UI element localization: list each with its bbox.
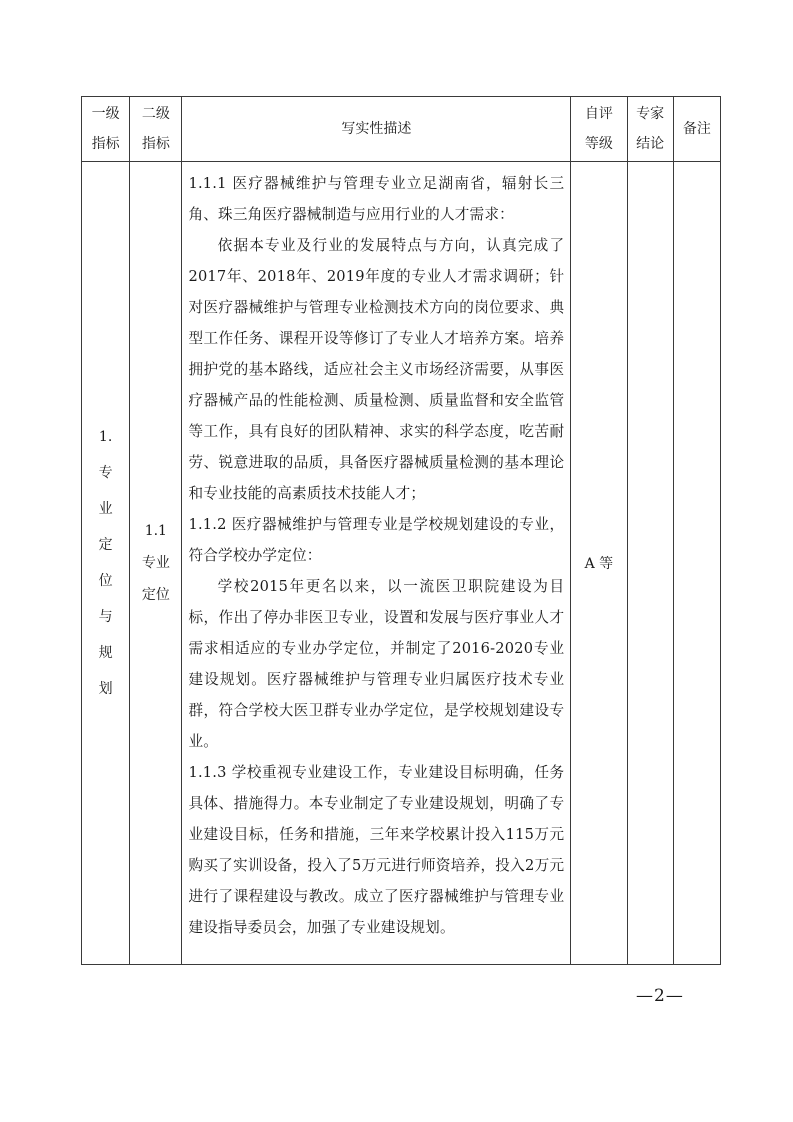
header-remarks: 备注 bbox=[673, 97, 720, 162]
header-text: 一级 bbox=[82, 99, 129, 129]
description-paragraph: 依据本专业及行业的发展特点与方向，认真完成了2017年、2018年、2019年度… bbox=[188, 230, 564, 509]
header-text: 等级 bbox=[571, 129, 626, 159]
description-paragraph: 学校2015年更名以来，以一流医卫职院建设为目标，作出了停办非医卫专业，设置和发… bbox=[188, 571, 564, 757]
self-grade-value: A 等 bbox=[585, 556, 614, 572]
header-text: 指标 bbox=[130, 129, 181, 159]
expert-conclusion-cell bbox=[627, 162, 673, 965]
header-level1-indicator: 一级 指标 bbox=[82, 97, 130, 162]
level1-char: 1. bbox=[82, 419, 129, 455]
header-text: 专家 bbox=[628, 99, 673, 129]
level2-text: 1.1 bbox=[130, 515, 181, 547]
level1-char: 定 bbox=[82, 527, 129, 563]
header-text: 写实性描述 bbox=[341, 121, 411, 137]
level2-text: 定位 bbox=[130, 579, 181, 611]
table-header-row: 一级 指标 二级 指标 写实性描述 自评 等级 专家 结论 备注 bbox=[82, 97, 721, 162]
description-cell: 1.1.1 医疗器械维护与管理专业立足湖南省，辐射长三角、珠三角医疗器械制造与应… bbox=[182, 162, 571, 965]
level1-char: 位 bbox=[82, 563, 129, 599]
evaluation-table: 一级 指标 二级 指标 写实性描述 自评 等级 专家 结论 备注 bbox=[81, 96, 721, 965]
level1-indicator-cell: 1. 专 业 定 位 与 规 划 bbox=[82, 162, 130, 965]
level2-indicator-cell: 1.1 专业 定位 bbox=[130, 162, 182, 965]
remarks-cell bbox=[673, 162, 720, 965]
header-text: 自评 bbox=[571, 99, 626, 129]
table-row: 1. 专 业 定 位 与 规 划 1.1 专业 定位 1.1.1 医疗器械维护与… bbox=[82, 162, 721, 965]
page-number: —2— bbox=[636, 986, 684, 1006]
level1-char: 与 bbox=[82, 599, 129, 635]
header-level2-indicator: 二级 指标 bbox=[130, 97, 182, 162]
level1-char: 专 bbox=[82, 455, 129, 491]
description-paragraph: 1.1.3 学校重视专业建设工作，专业建设目标明确，任务具体、措施得力。本专业制… bbox=[188, 757, 564, 943]
header-text: 备注 bbox=[683, 121, 711, 137]
header-text: 结论 bbox=[628, 129, 673, 159]
document-page: 一级 指标 二级 指标 写实性描述 自评 等级 专家 结论 备注 bbox=[0, 0, 793, 1122]
level1-char: 规 bbox=[82, 635, 129, 671]
level2-text: 专业 bbox=[130, 547, 181, 579]
level1-char: 业 bbox=[82, 491, 129, 527]
description-paragraph: 1.1.2 医疗器械维护与管理专业是学校规划建设的专业，符合学校办学定位： bbox=[188, 509, 564, 571]
level1-char: 划 bbox=[82, 671, 129, 707]
header-description: 写实性描述 bbox=[182, 97, 571, 162]
header-text: 指标 bbox=[82, 129, 129, 159]
self-grade-cell: A 等 bbox=[571, 162, 627, 965]
header-text: 二级 bbox=[130, 99, 181, 129]
header-self-grade: 自评 等级 bbox=[571, 97, 627, 162]
header-expert-conclusion: 专家 结论 bbox=[627, 97, 673, 162]
description-paragraph: 1.1.1 医疗器械维护与管理专业立足湖南省，辐射长三角、珠三角医疗器械制造与应… bbox=[188, 168, 564, 230]
